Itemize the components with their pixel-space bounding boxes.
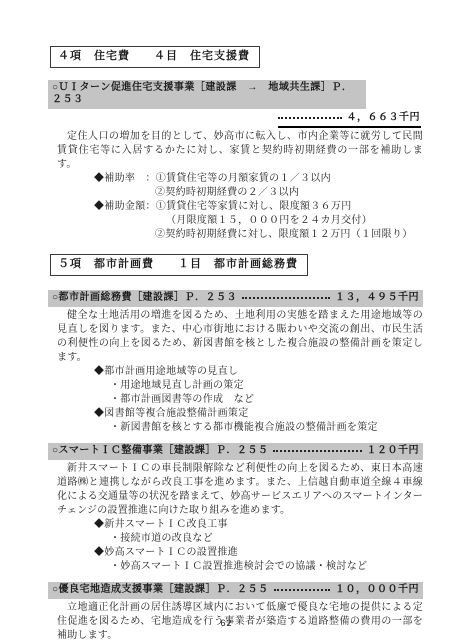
detail-line: ②契約時初期経費に対し、限度額１２万円（１回限り） xyxy=(155,228,423,242)
program-smart-ic: ○スマートＩＣ整備事業［建設課］Ｐ．２５５ １２０千円 新井スマートＩＣの車長制… xyxy=(48,443,423,574)
section-heading-city-planning: ５項 都市計画費 １目 都市計画総務費 xyxy=(50,254,308,276)
document-page: ４項 住宅費 ４目 住宅支援費 ○ＵＩターン促進住宅支援事業［建設課 → 地域共… xyxy=(0,0,453,640)
section-heading-housing: ４項 住宅費 ４目 住宅支援費 xyxy=(50,46,260,68)
program-title-bar: ○スマートＩＣ整備事業［建設課］Ｐ．２５５ １２０千円 xyxy=(48,443,423,460)
detail-line: ◆補助率 ：①賃貸住宅等の月額家賃の１／３以内 xyxy=(94,172,423,186)
detail-line: ◆新井スマートＩＣ改良工事 xyxy=(94,518,423,532)
detail-line: ・新図書館を核とする都市機能複合施設の整備計画を策定 xyxy=(110,421,423,435)
program-amount-line: ４，６６３千円 xyxy=(278,112,422,128)
detail-line: ②契約時初期経費の２／３以内 xyxy=(155,186,423,200)
detail-line: ・用途地域見直し計画の策定 xyxy=(110,379,423,393)
page-number: 62 xyxy=(0,618,453,628)
program-description: 新井スマートＩＣの車長制限解除など利便性の向上を図るため、東日本高速道路㈱と連携… xyxy=(57,462,423,518)
dot-leader xyxy=(274,589,330,591)
program-title: ○都市計画総務費［建設課］Ｐ．２５３ xyxy=(52,292,237,304)
program-amount: １０，０００千円 xyxy=(335,584,419,596)
program-amount: １２０千円 xyxy=(367,445,420,457)
detail-line: ◆図書館等複合施設整備計画策定 xyxy=(94,407,423,421)
spacer xyxy=(48,242,423,254)
section-heading-label: ５項 都市計画費 １目 都市計画総務費 xyxy=(58,258,298,270)
detail-line: ◆補助金額：①賃貸住宅等家賃に対し、限度額３６万円 xyxy=(94,200,423,214)
detail-line: ・接続市道の改良など xyxy=(110,532,423,546)
program-title: ○ＵＩターン促進住宅支援事業［建設課 → 地域共生課］Ｐ．２５３ xyxy=(52,82,362,106)
dot-leader xyxy=(273,450,361,452)
program-title-bar: ○ＵＩターン促進住宅支援事業［建設課 → 地域共生課］Ｐ．２５３ xyxy=(48,80,366,109)
program-ui-turn: ○ＵＩターン促進住宅支援事業［建設課 → 地域共生課］Ｐ．２５３ ４，６６３千円… xyxy=(48,80,423,242)
program-description: 定住人口の増加を目的として、妙高市に転入し、市内企業等に就労して民間賃貸住宅等に… xyxy=(57,130,423,172)
program-title-bar: ○都市計画総務費［建設課］Ｐ．２５３ １３，４９５千円 xyxy=(48,290,423,307)
detail-line: ・妙高スマートＩＣ設置推進検討会での協議・検討など xyxy=(110,560,423,574)
detail-line: （月限度額１５，０００円を２４カ月交付） xyxy=(166,214,423,228)
program-title-bar: ○優良宅地造成支援事業［建設課］Ｐ．２５５ １０，０００千円 xyxy=(48,582,423,599)
dot-leader xyxy=(242,297,330,299)
program-residential-land: ○優良宅地造成支援事業［建設課］Ｐ．２５５ １０，０００千円 立地適正化計画の居… xyxy=(48,582,423,640)
program-title: ○優良宅地造成支援事業［建設課］Ｐ．２５５ xyxy=(52,584,269,596)
program-amount: ４，６６３千円 xyxy=(347,112,421,124)
detail-line: ◆都市計画用途地域等の見直し xyxy=(94,365,423,379)
dot-leader xyxy=(278,117,342,119)
section-heading-label: ４項 住宅費 ４目 住宅支援費 xyxy=(58,50,250,62)
program-description: 健全な土地活用の増進を図るため、土地利用の実態を踏まえた用途地域等の見直しを図り… xyxy=(57,309,423,365)
program-amount: １３，４９５千円 xyxy=(335,292,419,304)
program-city-planning: ○都市計画総務費［建設課］Ｐ．２５３ １３，４９５千円 健全な土地活用の増進を図… xyxy=(48,290,423,435)
detail-line: ◆妙高スマートＩＣの設置推進 xyxy=(94,546,423,560)
detail-line: ・都市計画図書等の作成 など xyxy=(110,393,423,407)
program-title: ○スマートＩＣ整備事業［建設課］Ｐ．２５５ xyxy=(52,445,268,457)
